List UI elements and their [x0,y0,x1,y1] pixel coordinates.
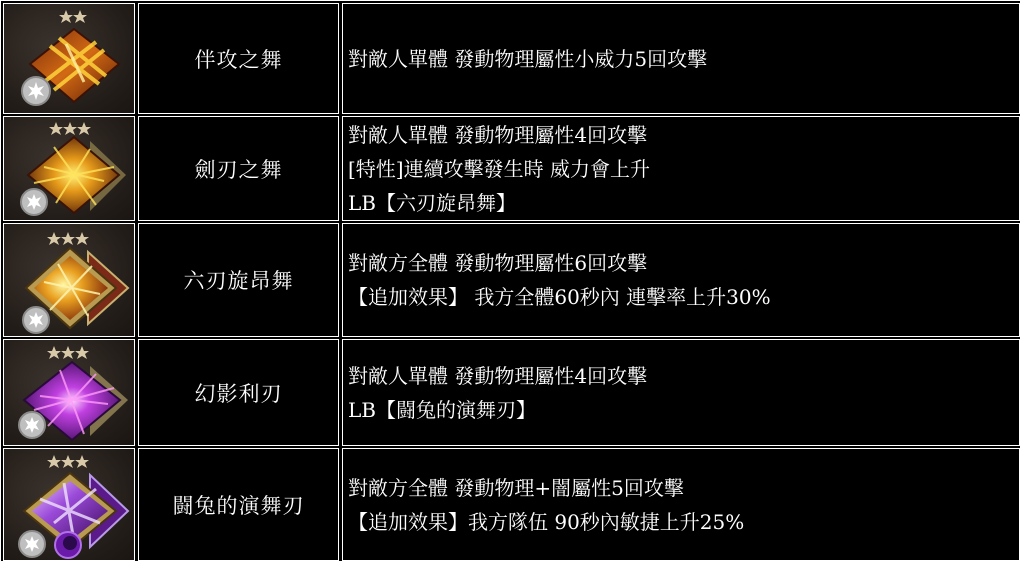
skill-diamond-dark-icon [4,340,135,446]
element-badge-icon [19,531,45,557]
star-icon [59,10,73,23]
skill-diamond-fire-icon [4,4,135,114]
element-badge-icon [21,189,47,215]
skill-desc-cell: 對敵人單體 發動物理屬性4回攻擊 LB【闘兔的演舞刃】 [342,339,1020,446]
skill-table: 伴攻之舞 對敵人單體 發動物理屬性小威力5回攻擊 [0,0,1021,562]
skill-name: 劍刃之舞 [195,154,283,184]
skill-row: 劍刃之舞 對敵人單體 發動物理屬性4回攻擊 [特性]連續攻擊發生時 威力會上升 … [1,114,1021,221]
skill-desc-line: 【追加效果】我方隊伍 90秒內敏捷上升25% [348,505,1019,539]
skill-row: 幻影利刃 對敵人單體 發動物理屬性4回攻擊 LB【闘兔的演舞刃】 [1,337,1021,446]
element-badge-icon [22,77,50,105]
skill-name-cell: 幻影利刃 [138,339,339,446]
skill-desc-cell: 對敵人單體 發動物理屬性4回攻擊 [特性]連續攻擊發生時 威力會上升 LB【六刃… [342,116,1020,221]
element-badge-icon [23,307,49,333]
skill-lb-line: LB【闘兔的演舞刃】 [348,393,1019,427]
star-icon [75,346,89,359]
skill-desc-line: 對敵人單體 發動物理屬性4回攻擊 [348,118,1019,152]
star-icon [47,346,61,359]
skill-desc-cell: 對敵方全體 發動物理+闇屬性5回攻擊 【追加效果】我方隊伍 90秒內敏捷上升25… [342,448,1020,561]
skill-name-cell: 劍刃之舞 [138,116,339,221]
skill-name: 闘兔的演舞刃 [173,490,305,520]
skill-desc-cell: 對敵人單體 發動物理屬性小威力5回攻擊 [342,3,1020,114]
skill-icon-cell [3,116,135,221]
skill-icon-cell [3,339,135,446]
skill-desc-cell: 對敵方全體 發動物理屬性6回攻擊 【追加效果】 我方全體60秒內 連擊率上升30… [342,223,1020,337]
skill-name-cell: 六刃旋昂舞 [138,223,339,337]
skill-lb-line: LB【六刃旋昂舞】 [348,186,1019,220]
skill-row: 闘兔的演舞刃 對敵方全體 發動物理+闇屬性5回攻擊 【追加效果】我方隊伍 90秒… [1,446,1021,562]
dark-element-badge-icon [55,532,81,558]
star-icon [61,455,75,468]
skill-diamond-fire-lb-icon [4,224,135,337]
skill-icon-cell [3,448,135,561]
star-icon [75,232,89,245]
skill-icon-cell [3,3,135,114]
skill-name: 六刃旋昂舞 [184,265,294,295]
star-icon [47,455,61,468]
star-icon [49,122,63,135]
skill-desc-line: [特性]連續攻擊發生時 威力會上升 [348,152,1019,186]
skill-desc-line: 對敵方全體 發動物理屬性6回攻擊 [348,246,1019,280]
star-icon [61,346,75,359]
star-icon [63,122,77,135]
skill-icon-cell [3,223,135,337]
star-icon [75,455,89,468]
skill-row: 伴攻之舞 對敵人單體 發動物理屬性小威力5回攻擊 [1,1,1021,114]
skill-desc-line: 對敵人單體 發動物理屬性4回攻擊 [348,359,1019,393]
skill-row: 六刃旋昂舞 對敵方全體 發動物理屬性6回攻擊 【追加效果】 我方全體60秒內 連… [1,221,1021,337]
element-badge-icon [19,412,45,438]
star-icon [77,122,91,135]
skill-name-cell: 伴攻之舞 [138,3,339,114]
star-icon [61,232,75,245]
star-icon [73,10,87,23]
skill-name: 幻影利刃 [195,378,283,408]
skill-name: 伴攻之舞 [195,44,283,74]
skill-desc-line: 【追加效果】 我方全體60秒內 連擊率上升30% [348,280,1019,314]
skill-desc-line: 對敵人單體 發動物理屬性小威力5回攻擊 [348,42,1019,76]
star-icon [47,232,61,245]
skill-diamond-fire-icon [4,117,135,221]
skill-diamond-dark-lb-icon [4,449,135,561]
skill-desc-line: 對敵方全體 發動物理+闇屬性5回攻擊 [348,471,1019,505]
skill-name-cell: 闘兔的演舞刃 [138,448,339,561]
